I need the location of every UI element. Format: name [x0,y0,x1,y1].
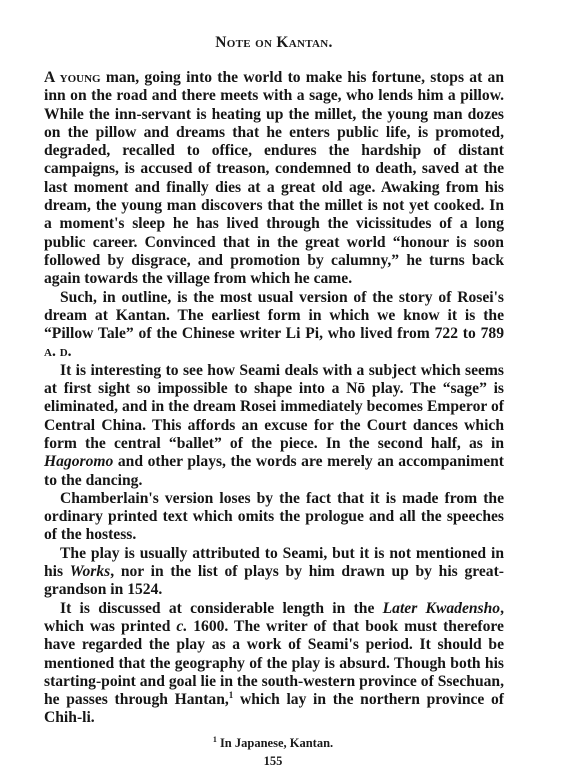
italic-title: Works [70,563,110,580]
paragraph-text: Chamberlain's version loses by the fact … [44,490,504,544]
paragraph-text: Such, in outline, is the most usual vers… [44,289,504,343]
page-title: Note on Kantan. [0,34,548,52]
paragraph-text: It is interesting to see how Seami deals… [44,362,504,452]
italic-circa: c. [176,618,187,635]
footnote-text: In Japanese, Kantan. [217,736,333,750]
paragraph-3: It is interesting to see how Seami deals… [44,362,504,490]
paragraph-2: Such, in outline, is the most usual vers… [44,289,504,362]
era-small-caps: a. d. [44,343,72,360]
italic-title: Later Kwadensho [383,600,500,617]
paragraph-4: Chamberlain's version loses by the fact … [44,490,504,545]
paragraph-6: It is discussed at considerable length i… [44,600,504,728]
italic-title: Hagoromo [44,453,113,470]
paragraph-text: and other plays, the words are merely an… [44,453,504,488]
paragraph-text: It is discussed at considerable length i… [60,600,383,617]
paragraph-5: The play is usually attributed to Seami,… [44,545,504,600]
lead-small-caps: A young [44,69,101,86]
book-page: Note on Kantan. A young man, going into … [0,0,562,778]
paragraph-text: , nor in the list of plays by him drawn … [44,563,504,598]
body-text: A young man, going into the world to mak… [44,69,504,728]
footnote: 1 In Japanese, Kantan. [0,735,546,751]
page-number: 155 [0,754,546,769]
paragraph-1: A young man, going into the world to mak… [44,69,504,289]
paragraph-text: man, going into the world to make his fo… [44,69,504,287]
